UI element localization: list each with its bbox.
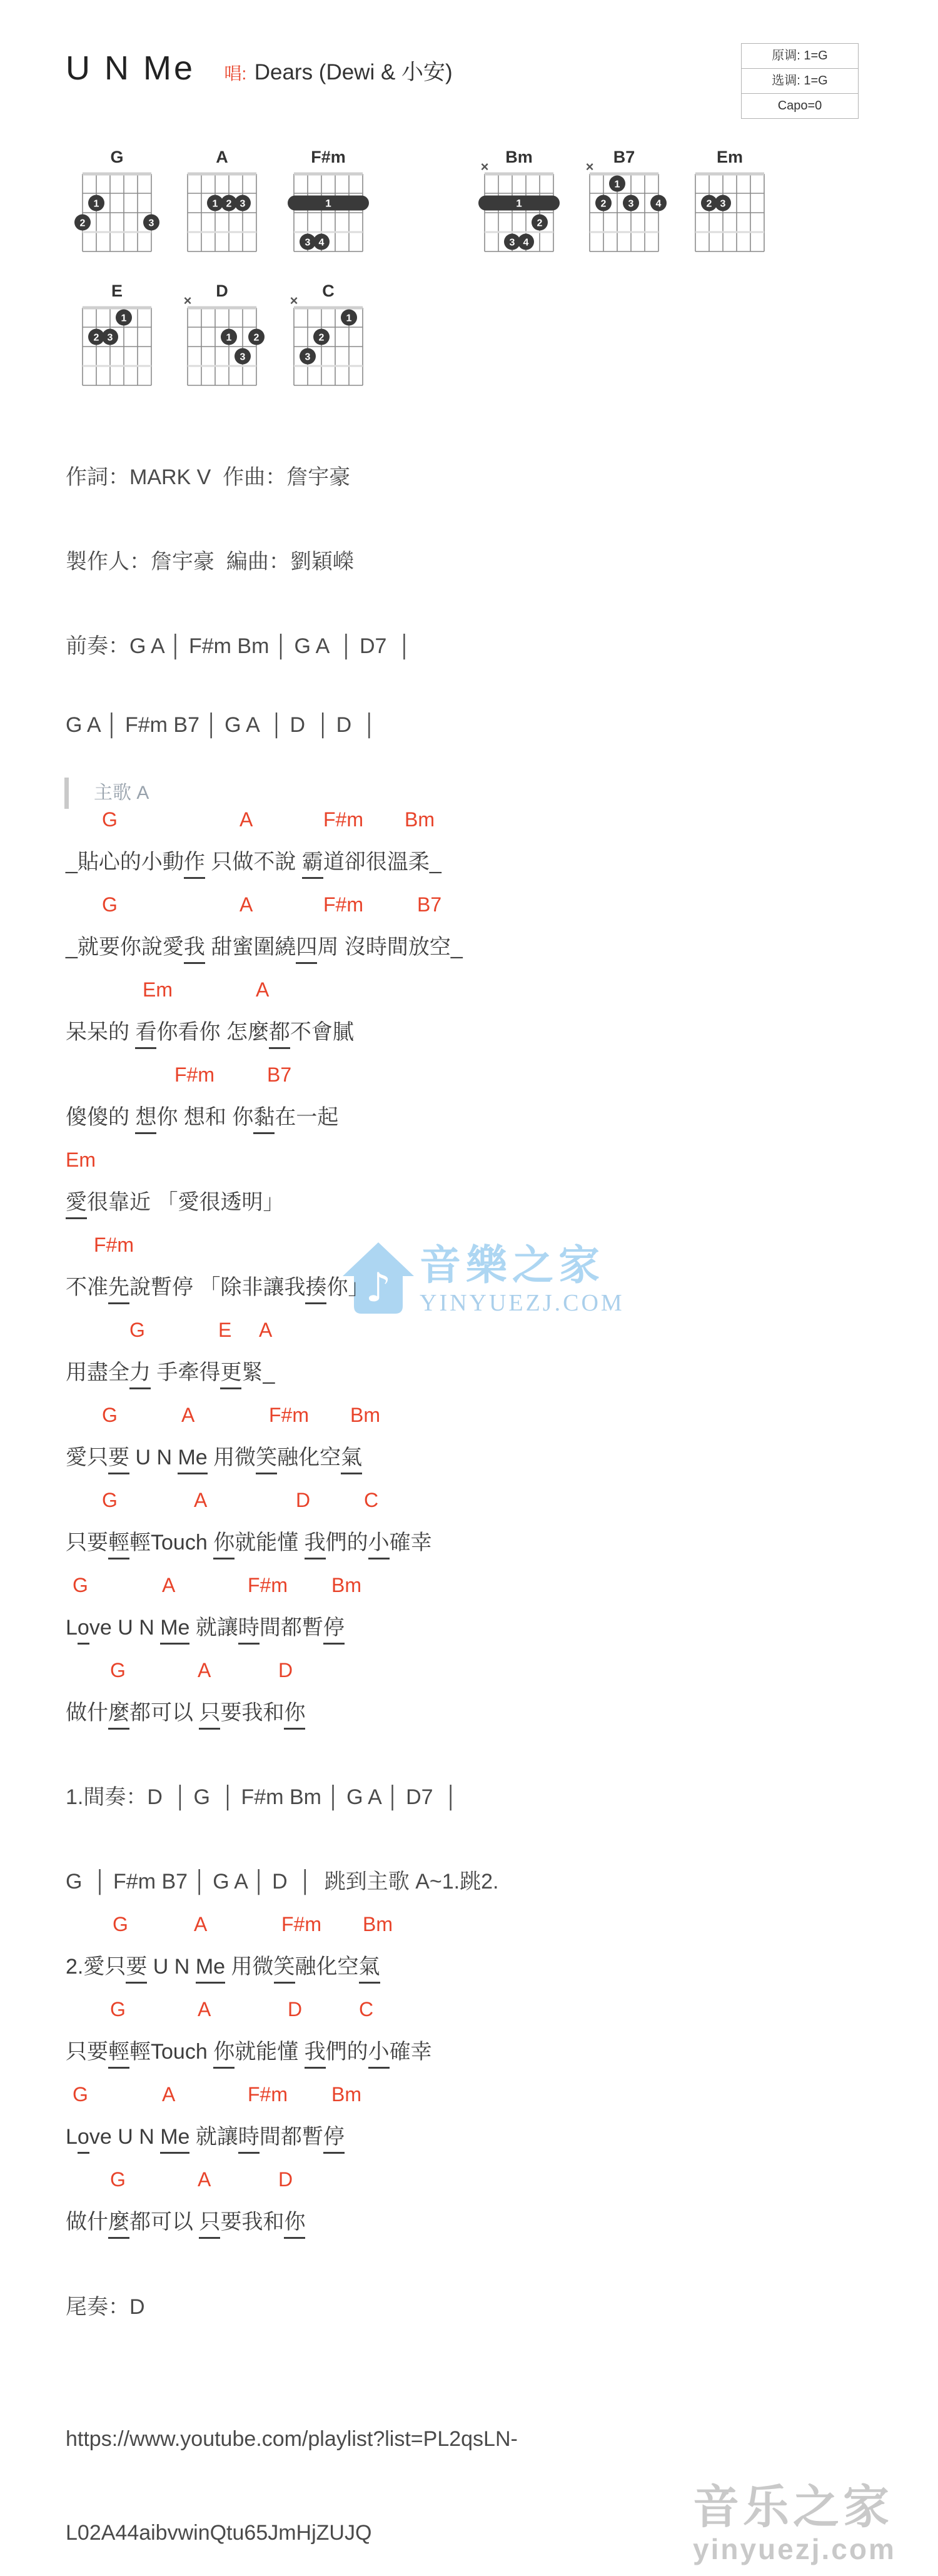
chord-line: GEA	[0, 1319, 938, 1346]
lyric-text: 你看你 怎麼	[156, 1020, 268, 1044]
chord-A: A	[198, 1998, 211, 2021]
chord-G: G	[129, 1319, 145, 1342]
lyric-text: 在一起	[275, 1105, 338, 1129]
lyric-underlined: 先	[108, 1275, 129, 1304]
chord-A: A	[198, 1659, 211, 1682]
lyric-text: 確幸	[390, 2040, 432, 2064]
lyric-text: 融化空	[277, 1446, 341, 1469]
chord-A: A	[181, 1404, 194, 1427]
chord-line: F#mB7	[0, 1063, 938, 1091]
lyric-text: 融化空	[295, 1955, 359, 1979]
lyric-underlined: 輕	[108, 2040, 129, 2069]
lyric-underlined: Me	[196, 1955, 225, 1984]
lyric-text: 說暫停 「除非讓我	[129, 1275, 305, 1299]
lyric-underlined: 都	[269, 1020, 290, 1049]
intro-line-1: 前奏：G A │ F#m Bm │ G A │ D7 │	[66, 629, 412, 659]
lyric-text: 不會膩	[290, 1020, 354, 1044]
lyric-text: 間都暫	[260, 2125, 323, 2149]
chord-G: G	[110, 1998, 126, 2021]
lyric-text: 輕Touch	[129, 2040, 213, 2064]
chord-F#m: F#m	[323, 808, 363, 831]
chord-line: GAD	[0, 2168, 938, 2196]
lyric-text: L	[66, 2125, 78, 2149]
lyric-underlined: 只	[199, 1701, 220, 1730]
lyric-underlined: 時	[238, 2125, 260, 2154]
chord-A: A	[162, 2083, 175, 2106]
lyric-underlined: 只	[199, 2210, 220, 2239]
lyric-underlined: 四	[296, 935, 317, 964]
chord-line: GADC	[0, 1489, 938, 1516]
lyric-line: 只要輕輕Touch 你就能懂 我們的小確幸	[66, 2034, 432, 2069]
lyric-underlined: 氣	[359, 1955, 380, 1984]
chord-D: D	[288, 1998, 302, 2021]
lyric-text: ve U N	[89, 1616, 160, 1640]
chord-D: D	[296, 1489, 310, 1512]
chord-G: G	[102, 808, 118, 831]
chord-F#m: F#m	[248, 1574, 288, 1597]
lyric-text: 用微	[208, 1446, 256, 1469]
lyric-text: 用盡全	[66, 1361, 129, 1384]
lyric-text: 要我和	[220, 2210, 284, 2234]
lyric-text: 就能懂	[234, 1531, 304, 1554]
lyric-line: 愛只要 U N Me 用微笑融化空氣	[66, 1440, 362, 1475]
lyric-underlined: 時	[238, 1616, 260, 1645]
chord-A: A	[240, 893, 253, 916]
lyric-text: 要我和	[220, 1701, 284, 1725]
chord-G: G	[102, 1404, 118, 1427]
chord-Bm: Bm	[405, 808, 435, 831]
lyric-text: 愛只	[66, 1446, 108, 1469]
lyric-text: 只要	[66, 1531, 108, 1554]
chord-Bm: Bm	[331, 1574, 361, 1597]
lyric-underlined: 要	[108, 1446, 129, 1474]
lyric-underlined: 小	[368, 1531, 390, 1559]
lyric-underlined: 麼	[108, 2210, 129, 2239]
lyric-line: 用盡全力 手牽得更緊_	[66, 1355, 275, 1390]
chord-F#m: F#m	[174, 1063, 214, 1087]
lyric-underlined: 我	[305, 1531, 326, 1559]
lyric-text: _	[66, 850, 78, 874]
chord-line: GADC	[0, 1998, 938, 2026]
chord-Bm: Bm	[331, 2083, 361, 2106]
lyric-text: 輕Touch	[129, 1531, 213, 1554]
lyric-text: 就讓	[189, 2125, 238, 2149]
chord-D: D	[278, 2168, 293, 2191]
lyric-text: 做什	[66, 2210, 108, 2234]
lyric-underlined: 你	[284, 2210, 305, 2239]
lyric-text: 貼心的小動	[78, 850, 184, 874]
lyric-text: _	[66, 935, 78, 959]
lyric-underlined: 停	[323, 2125, 345, 2154]
intro-line-2: G A │ F#m B7 │ G A │ D │ D │	[66, 713, 376, 738]
chord-F#m: F#m	[248, 2083, 288, 2106]
lyric-underlined: 笑	[256, 1446, 277, 1474]
chord-G: G	[113, 1913, 128, 1936]
lyric-text: 們的	[326, 1531, 368, 1554]
chord-line: GAF#mBm	[0, 1404, 938, 1431]
lyric-underlined: 笑	[274, 1955, 295, 1984]
lyric-text: 2.愛只	[66, 1955, 126, 1979]
lyric-text: U N	[147, 1955, 195, 1979]
lyric-underlined: 氣	[341, 1446, 362, 1474]
lyric-underlined: 你	[213, 1531, 234, 1559]
lyric-text: 傻傻的	[66, 1105, 135, 1129]
lyric-text: 你」	[326, 1275, 369, 1299]
lyric-underlined: 想	[135, 1105, 156, 1134]
chord-A: A	[194, 1489, 207, 1512]
lyric-underlined: o	[78, 2125, 89, 2154]
lyric-underlined: 麼	[108, 1701, 129, 1730]
lyric-text: 緊	[241, 1361, 263, 1384]
lyric-text: U N	[129, 1446, 178, 1469]
chord-line: GAF#mBm	[0, 808, 938, 836]
chord-sheet-page: U N Me 唱: Dears (Dewi & 小安) 原调: 1=G 选调: …	[0, 0, 938, 2576]
lyric-text: 就能懂	[234, 2040, 304, 2064]
interlude-line-2: G │ F#m B7 │ G A │ D │ 跳到主歌 A~1.跳2.	[66, 1864, 498, 1895]
lyric-underlined: Me	[178, 1446, 207, 1474]
chord-Em: Em	[143, 978, 173, 1001]
lyric-underlined: 停	[323, 1616, 345, 1645]
chord-A: A	[198, 2168, 211, 2191]
chord-B7: B7	[267, 1063, 291, 1087]
lyric-line: Love U N Me 就讓時間都暫停	[66, 1610, 345, 1645]
chord-line: F#m	[0, 1234, 938, 1261]
lyric-text: 都可以	[129, 1701, 199, 1725]
chord-line: GAF#mB7	[0, 893, 938, 921]
chord-B7: B7	[417, 893, 441, 916]
chord-A: A	[194, 1913, 207, 1936]
lyric-underlined: 揍	[305, 1275, 326, 1304]
lyric-underlined: 看	[135, 1020, 156, 1049]
lyric-text: _	[451, 935, 463, 959]
lyric-underlined: 你	[284, 1701, 305, 1730]
lyric-text: 們的	[326, 2040, 368, 2064]
lyric-text: _	[263, 1361, 275, 1384]
url-line-2: L02A44aibvwinQtu65JmHjZUJQ	[66, 2521, 371, 2545]
lyric-text: 呆呆的	[66, 1020, 135, 1044]
lyric-text: L	[66, 1616, 78, 1640]
lyric-underlined: 我	[305, 2040, 326, 2069]
section-label-verse-a: 主歌 A	[64, 778, 149, 809]
lyric-underlined: 要	[126, 1955, 147, 1984]
lyric-underlined: 力	[129, 1361, 151, 1389]
lyric-underlined: 我	[184, 935, 205, 964]
lyric-text: 道卻很溫柔	[323, 850, 430, 874]
lyric-text: 間都暫	[260, 1616, 323, 1640]
lyric-text: 用微	[225, 1955, 273, 1979]
lyric-text: 你 想和 你	[156, 1105, 253, 1129]
outro-line: 尾奏：D	[66, 2289, 145, 2320]
lyric-line: 做什麼都可以 只要我和你	[66, 1695, 305, 1730]
lyric-underlined: 霸	[302, 850, 323, 879]
lyric-line: 只要輕輕Touch 你就能懂 我們的小確幸	[66, 1525, 432, 1560]
chord-A: A	[240, 808, 253, 831]
lyric-text: ve U N	[89, 2125, 160, 2149]
lyric-underlined: 愛	[66, 1190, 87, 1219]
chord-C: C	[364, 1489, 378, 1512]
lyric-line: _貼心的小動作 只做不說 霸道卻很溫柔_	[66, 844, 441, 880]
lyric-underlined: o	[78, 1616, 89, 1645]
lyric-text: 甜蜜圍繞	[205, 935, 296, 959]
chord-G: G	[73, 2083, 88, 2106]
lyric-line: Love U N Me 就讓時間都暫停	[66, 2119, 345, 2154]
lyric-underlined: 小	[368, 2040, 390, 2069]
lyric-text: 只做不說	[205, 850, 302, 874]
chord-G: G	[102, 893, 118, 916]
lyric-text: 做什	[66, 1701, 108, 1725]
chord-A: A	[162, 1574, 175, 1597]
lyric-line: 傻傻的 想你 想和 你黏在一起	[66, 1100, 338, 1135]
lyric-line: _就要你說愛我 甜蜜圍繞四周 沒時間放空_	[66, 930, 463, 965]
chord-A: A	[256, 978, 269, 1001]
chord-A: A	[259, 1319, 272, 1342]
lyric-text: 都可以	[129, 2210, 199, 2234]
lyric-text: 周 沒時間放空	[317, 935, 450, 959]
lyric-text: 不准	[66, 1275, 108, 1299]
chord-F#m: F#m	[323, 893, 363, 916]
lyric-line: 不准先說暫停 「除非讓我揍你」	[66, 1270, 369, 1305]
lyric-underlined: Me	[160, 2125, 189, 2154]
chord-Bm: Bm	[350, 1404, 380, 1427]
lyric-text: 只要	[66, 2040, 108, 2064]
chord-sheet-body: 作詞：MARK V 作曲：詹宇豪製作人：詹宇豪 編曲：劉穎嶸前奏：G A │ F…	[0, 0, 938, 2576]
url-line-1: https://www.youtube.com/playlist?list=PL…	[66, 2427, 518, 2452]
chord-E: E	[218, 1319, 231, 1342]
chord-line: GAF#mBm	[0, 1913, 938, 1940]
lyric-underlined: 黏	[253, 1105, 275, 1134]
chord-line: GAF#mBm	[0, 2083, 938, 2111]
lyric-text: 確幸	[390, 1531, 432, 1554]
lyric-underlined: Me	[160, 1616, 189, 1645]
chord-C: C	[359, 1998, 373, 2021]
chord-F#m: F#m	[281, 1913, 321, 1936]
lyric-line: 愛很靠近 「愛很透明」	[66, 1185, 284, 1220]
chord-D: D	[278, 1659, 293, 1682]
chord-F#m: F#m	[94, 1234, 134, 1257]
lyric-text: 很靠近 「愛很透明」	[87, 1190, 284, 1214]
lyric-underlined: 更	[220, 1361, 241, 1389]
lyric-underlined: 你	[213, 2040, 234, 2069]
chord-Bm: Bm	[363, 1913, 393, 1936]
chord-line: EmA	[0, 978, 938, 1006]
chord-line: GAD	[0, 1659, 938, 1686]
chord-G: G	[110, 1659, 126, 1682]
lyric-text: 就讓	[189, 1616, 238, 1640]
chord-Em: Em	[66, 1149, 96, 1172]
lyric-underlined: 輕	[108, 1531, 129, 1559]
credits-line-1: 作詞：MARK V 作曲：詹宇豪	[66, 460, 350, 490]
lyric-underlined: 作	[184, 850, 205, 879]
chord-line: Em	[0, 1149, 938, 1176]
lyric-line: 呆呆的 看你看你 怎麼都不會膩	[66, 1015, 354, 1050]
chord-G: G	[110, 2168, 126, 2191]
lyric-text: _	[430, 850, 441, 874]
chord-G: G	[102, 1489, 118, 1512]
lyric-line: 2.愛只要 U N Me 用微笑融化空氣	[66, 1949, 380, 1984]
chord-G: G	[73, 1574, 88, 1597]
chord-F#m: F#m	[269, 1404, 309, 1427]
lyric-text: 手牽得	[151, 1361, 220, 1384]
interlude-line-1: 1.間奏：D │ G │ F#m Bm │ G A │ D7 │	[66, 1780, 458, 1810]
chord-line: GAF#mBm	[0, 1574, 938, 1601]
lyric-text: 就要你說愛	[78, 935, 184, 959]
credits-line-2: 製作人：詹宇豪 編曲：劉穎嶸	[66, 544, 354, 575]
lyric-line: 做什麼都可以 只要我和你	[66, 2204, 305, 2239]
